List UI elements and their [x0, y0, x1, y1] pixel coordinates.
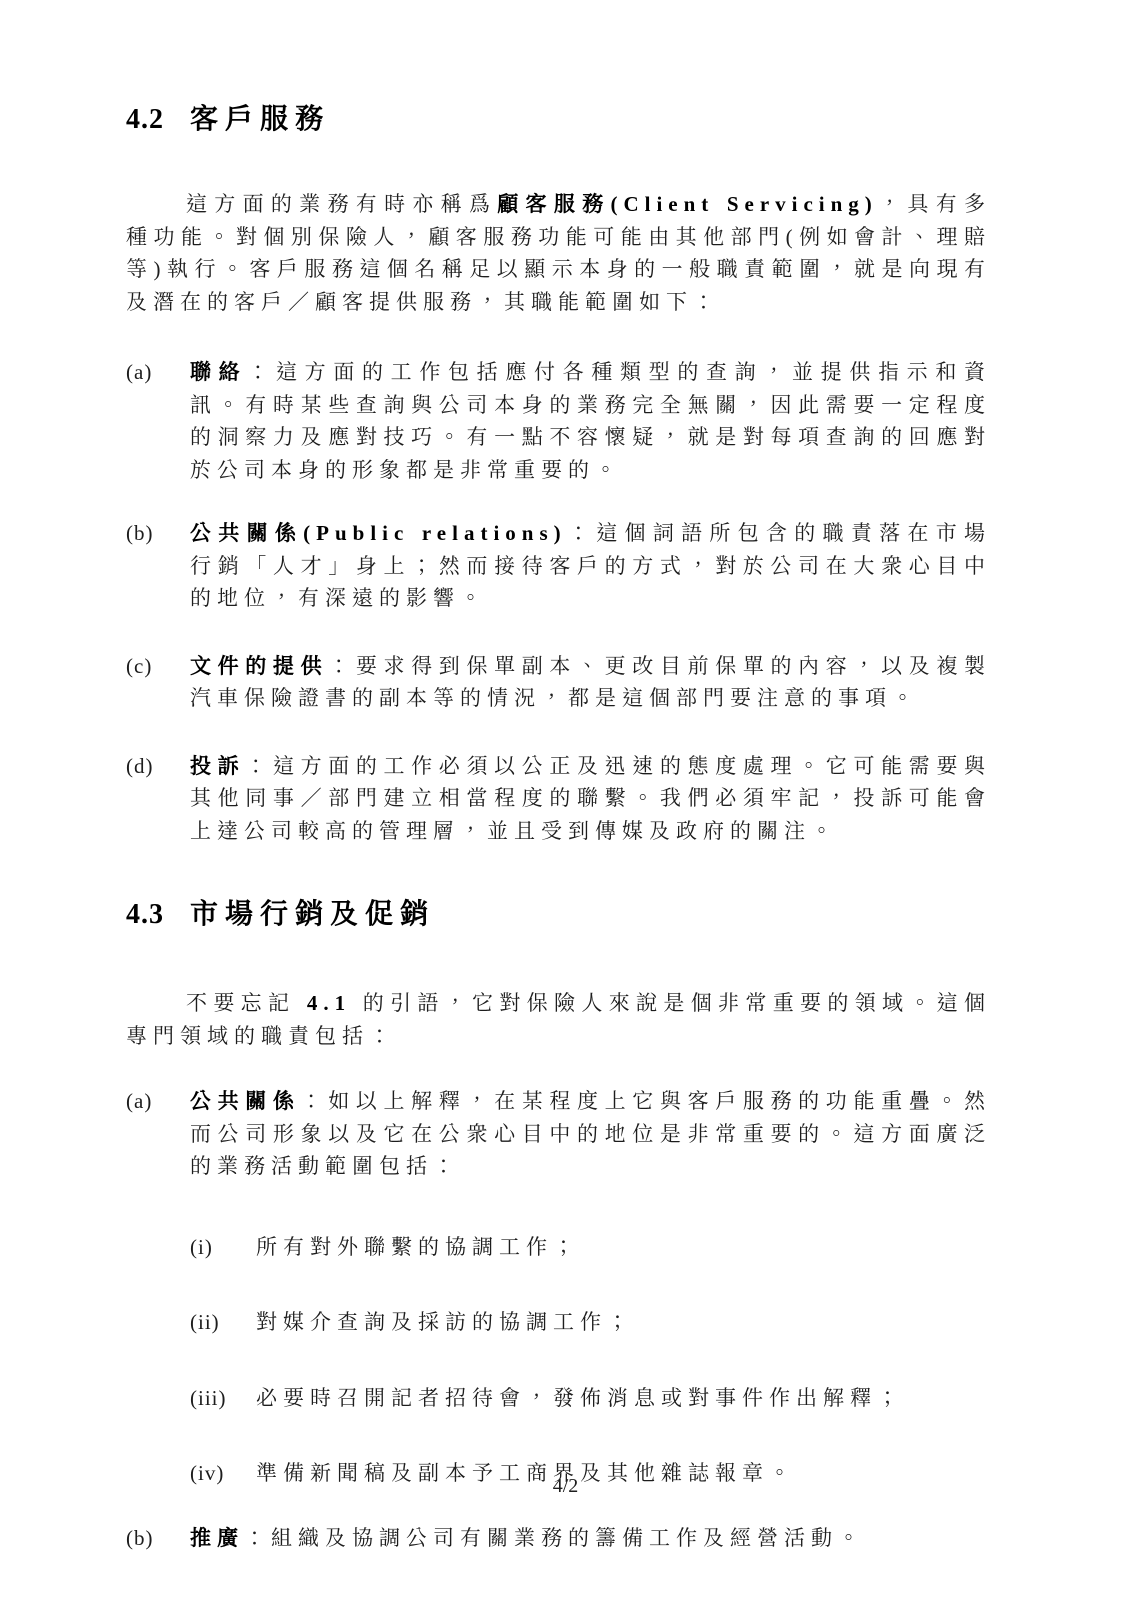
page-content: 4.2 客戶服務 這方面的業務有時亦稱爲顧客服務(Client Servicin… [126, 0, 991, 1554]
document-page: 4.2 客戶服務 這方面的業務有時亦稱爲顧客服務(Client Servicin… [0, 0, 1131, 1600]
item-marker-a: (a) [126, 356, 190, 486]
section-number-4-3: 4.3 [126, 897, 190, 933]
item-colon-c: ： [328, 654, 356, 678]
list-item-43-b: (b) 推廣：組織及協調公司有關業務的籌備工作及經營活動。 [126, 1522, 991, 1555]
item-term-c: 文件的提供 [190, 654, 328, 678]
item-text-c: 文件的提供：要求得到保單副本、更改目前保單的內容，以及複製汽車保險證書的副本等的… [190, 650, 991, 715]
item-text-43-b: 推廣：組織及協調公司有關業務的籌備工作及經營活動。 [190, 1522, 991, 1555]
item-marker-43-a: (a) [126, 1085, 190, 1183]
item-term-43-a: 公共關係 [190, 1089, 301, 1113]
item-term-43-b: 推廣 [190, 1526, 244, 1550]
sub-item-text-ii: 對媒介查詢及採訪的協調工作； [256, 1306, 991, 1339]
item-text-43-a: 公共關係：如以上解釋，在某程度上它與客戶服務的功能重疊。然而公司形象以及它在公衆… [190, 1085, 991, 1183]
list-item-a: (a) 聯絡：這方面的工作包括應付各種類型的查詢，並提供指示和資訊。有時某些查詢… [126, 356, 991, 486]
intro-paragraph-4-2: 這方面的業務有時亦稱爲顧客服務(Client Servicing)，具有多種功能… [126, 188, 991, 318]
item-term-a: 聯絡 [190, 360, 247, 384]
sub-item-i: (i) 所有對外聯繫的協調工作； [190, 1231, 991, 1264]
page-number: 4/2 [0, 1475, 1131, 1498]
sub-item-marker-iii: (iii) [190, 1382, 256, 1415]
item-text-b: 公共關係(Public relations)：這個詞語所包含的職責落在市場行銷「… [190, 517, 991, 615]
item-marker-b: (b) [126, 517, 190, 615]
item-body-43-b: 組織及協調公司有關業務的籌備工作及經營活動。 [271, 1526, 865, 1550]
intro-bold-term: 顧客服務(Client Servicing) [497, 192, 878, 216]
list-item-43-a: (a) 公共關係：如以上解釋，在某程度上它與客戶服務的功能重疊。然而公司形象以及… [126, 1085, 991, 1183]
item-colon-43-a: ： [301, 1089, 329, 1113]
sub-item-marker-ii: (ii) [190, 1306, 256, 1339]
item-colon-43-b: ： [244, 1526, 271, 1550]
item-body-a: 這方面的工作包括應付各種類型的查詢，並提供指示和資訊。有時某些查詢與公司本身的業… [190, 360, 991, 482]
intro-43-ref: 4.1 [307, 991, 351, 1015]
list-item-b: (b) 公共關係(Public relations)：這個詞語所包含的職責落在市… [126, 517, 991, 615]
section-number-4-2: 4.2 [126, 102, 190, 138]
item-colon-d: ： [245, 754, 273, 778]
item-term-d: 投訴 [190, 754, 245, 778]
intro-text-pre: 這方面的業務有時亦稱爲 [186, 192, 497, 216]
sub-item-ii: (ii) 對媒介查詢及採訪的協調工作； [190, 1306, 991, 1339]
sub-item-text-iii: 必要時召開記者招待會，發佈消息或對事件作出解釋； [256, 1382, 991, 1415]
item-text-d: 投訴：這方面的工作必須以公正及迅速的態度處理。它可能需要與其他同事／部門建立相當… [190, 750, 991, 848]
sub-item-iii: (iii) 必要時召開記者招待會，發佈消息或對事件作出解釋； [190, 1382, 991, 1415]
item-marker-d: (d) [126, 750, 190, 848]
intro-paragraph-4-3: 不要忘記 4.1 的引語，它對保險人來說是個非常重要的領域。這個專門領域的職責包… [126, 987, 991, 1052]
item-text-a: 聯絡：這方面的工作包括應付各種類型的查詢，並提供指示和資訊。有時某些查詢與公司本… [190, 356, 991, 486]
section-title-4-2: 客戶服務 [190, 102, 330, 138]
sub-item-marker-i: (i) [190, 1231, 256, 1264]
item-colon-a: ： [247, 360, 276, 384]
item-marker-43-b: (b) [126, 1522, 190, 1555]
section-heading-4-2: 4.2 客戶服務 [126, 102, 991, 138]
item-colon-b: ： [567, 521, 597, 545]
item-body-d: 這方面的工作必須以公正及迅速的態度處理。它可能需要與其他同事／部門建立相當程度的… [190, 754, 991, 843]
sub-item-text-i: 所有對外聯繫的協調工作； [256, 1231, 991, 1264]
list-item-c: (c) 文件的提供：要求得到保單副本、更改目前保單的內容，以及複製汽車保險證書的… [126, 650, 991, 715]
intro-43-pre: 不要忘記 [186, 991, 307, 1015]
item-term-b: 公共關係(Public relations) [190, 521, 567, 545]
list-item-d: (d) 投訴：這方面的工作必須以公正及迅速的態度處理。它可能需要與其他同事／部門… [126, 750, 991, 848]
item-marker-c: (c) [126, 650, 190, 715]
section-heading-4-3: 4.3 市場行銷及促銷 [126, 897, 991, 933]
section-title-4-3: 市場行銷及促銷 [190, 897, 435, 933]
